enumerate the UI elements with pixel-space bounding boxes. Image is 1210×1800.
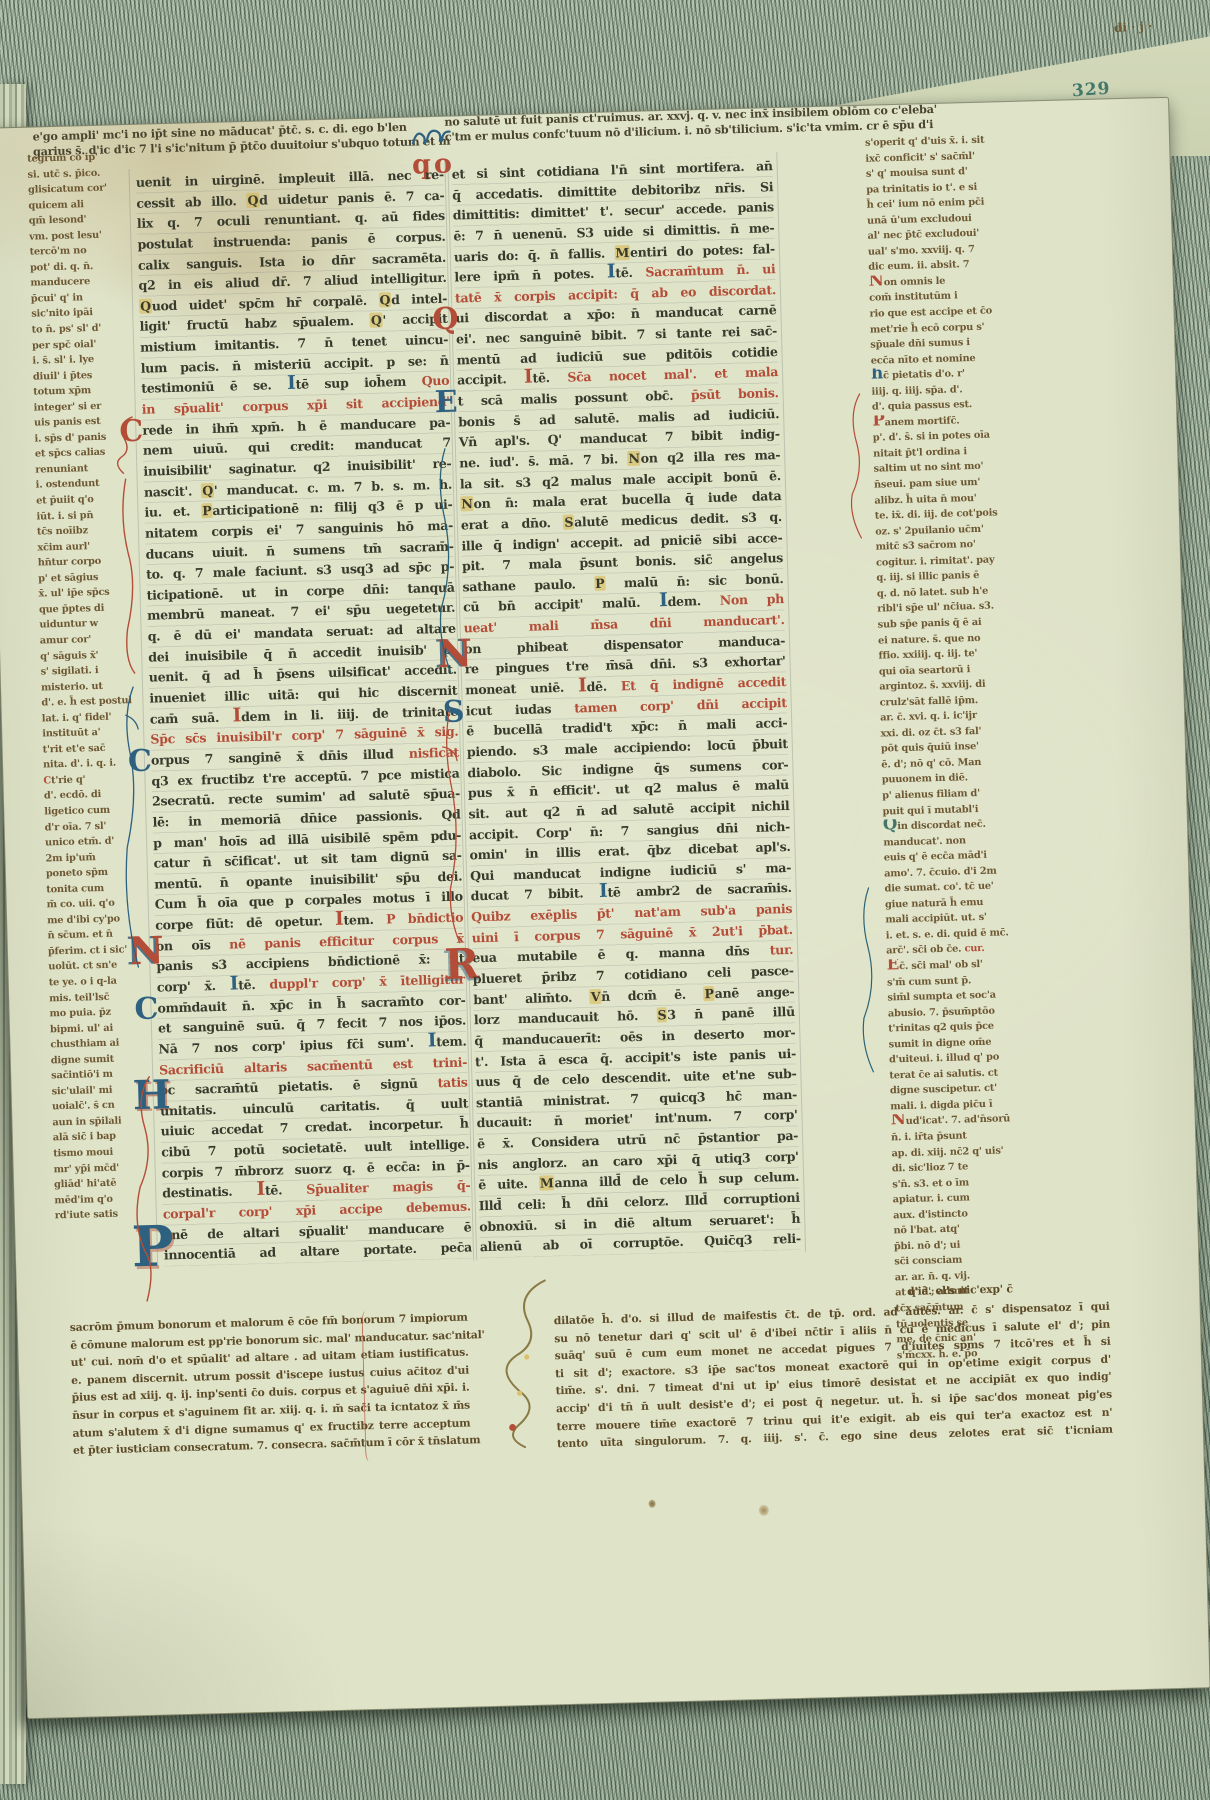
text-segment: n̄seui. pam siue um' — [874, 477, 980, 491]
text-segment: et p̄uiit q'o — [36, 494, 94, 507]
ink-stain — [649, 1500, 656, 1508]
text-segment: dic eum. ii. absit. 7 — [868, 259, 969, 273]
text-segment: digne sumit — [51, 1053, 115, 1066]
text-segment: pot' di. q. n̄. — [30, 261, 93, 274]
text-segment: x̄. ul' ip̄e sp̄cs — [38, 587, 109, 600]
text-segment: iu. et. — [144, 504, 201, 520]
text-segment: tē. — [238, 977, 270, 993]
text-segment: moneat uniē. — [465, 679, 578, 697]
text-segment: misterio. ut — [41, 680, 103, 693]
text-segment: uaris do: q̄. n̄ fallis. — [454, 245, 615, 264]
text-segment: uiduntur w — [39, 618, 98, 631]
text-segment: hn̄tur corpo — [38, 556, 102, 569]
text-segment: Sacram̄tum n̄. ui — [645, 261, 775, 279]
text-segment: p' et sāgius — [38, 572, 98, 585]
text-segment: te ye. o i q-la — [49, 976, 117, 989]
text-segment: apiatur. i. cum — [893, 1193, 970, 1206]
text-segment: uolūt. ct sn'e — [48, 960, 117, 973]
text-segment: sub sp̄e panis q̄ ē ai — [878, 617, 982, 631]
text-segment: mitc̄ s3 sac̄rom no' — [876, 539, 976, 553]
folio-number: 329 — [1071, 79, 1111, 102]
text-segment: d'. ecdō. di — [44, 789, 102, 801]
text-segment: poneto sp̄m — [46, 867, 108, 880]
text-segment: N — [627, 451, 641, 466]
text-segment: com̄ institutūm i — [869, 291, 958, 304]
text-segment: quicem ali — [28, 199, 84, 211]
text-segment: uod uidet' spc̄m hr̄ corpalē. — [152, 292, 379, 313]
text-segment: malū n̄: sic bonū. — [605, 571, 784, 591]
text-segment: rio que est accipe et c̄o — [869, 305, 992, 319]
text-segment: P — [201, 503, 213, 518]
text-segment: Q — [370, 313, 383, 328]
text-segment: P — [594, 576, 606, 591]
text-segment: tamen corp' dn̄i accipit — [574, 695, 787, 716]
text-segment: tem. — [343, 912, 386, 928]
filigree-red-icon — [844, 392, 872, 543]
right-gloss-column: s'operit q' d'uis x̄. i. sitixc̄ confici… — [865, 131, 1069, 1363]
text-segment: cam̄ suā. — [150, 709, 233, 726]
text-segment: mali. i. digda pic̄u ī — [890, 1099, 992, 1113]
text-segment: nita. d'. i. q. i. — [43, 758, 116, 771]
text-segment: que p̄ptes di — [39, 603, 104, 616]
text-segment: amo'. 7. c̄cuio. d'i 2m — [884, 865, 997, 879]
text-segment: aux. d'istincto — [893, 1208, 968, 1221]
text-segment: amur cor' — [40, 634, 92, 646]
text-segment: c̄ pietatis d'o. r' — [883, 368, 965, 381]
text-segment: aun in sp̄ilali — [52, 1115, 121, 1128]
text-segment: sic'ulail' mi — [51, 1085, 112, 1098]
text-segment: n̄ dcm̄ ē. — [601, 986, 704, 1004]
text-segment: nō l'bat. atq' — [893, 1224, 960, 1237]
text-segment: sic'nito ipāi — [31, 307, 93, 320]
text-segment: sc̄i consciam — [894, 1255, 962, 1268]
text-segment: t'rit et'e sac̄ — [43, 743, 106, 756]
text-segment: te. ix̄. di. iij. de cot'pois — [875, 508, 998, 522]
text-segment: alutē medicus dedit. s3 q. — [574, 509, 782, 529]
text-segment: p' alienus filiam d' — [882, 788, 980, 802]
text-segment: ē. d'; nō q' cō. Man — [881, 757, 981, 771]
text-segment: cogitur. i. rimitat'. pay — [876, 554, 995, 568]
text-segment: ' manducat. c. m. 7 b. s. m. h. — [214, 476, 452, 497]
text-segment: nitait p̄t'l ordina i — [873, 446, 967, 459]
text-segment: V — [590, 989, 602, 1004]
text-segment: Q — [246, 192, 259, 207]
text-segment: sathane paulo. — [462, 576, 594, 594]
text-segment: M — [614, 245, 630, 260]
text-segment: I — [599, 880, 608, 902]
text-segment: qm̄ lesond' — [29, 214, 87, 227]
text-segment: d'uiteui. i. illud q' po — [889, 1052, 999, 1066]
decorated-initial: C — [134, 994, 158, 1025]
text-segment: d'. e. h̄ est postul — [41, 695, 132, 708]
text-segment: Et q̄ indignē accedit — [621, 674, 787, 693]
text-segment: m̄ co. uii. q'o — [47, 898, 115, 911]
text-segment: me d'ibi cy'po — [47, 913, 120, 926]
text-segment: abusio. 7. p̄sum̄ptōo — [888, 1005, 995, 1019]
text-segment: digne suscipetur. ct' — [890, 1083, 997, 1097]
text-segment: nascit'. — [144, 483, 202, 499]
decorated-initial: S — [442, 697, 464, 728]
text-segment: accipit. — [457, 371, 524, 388]
text-segment: t scā malis possunt obc̄. — [457, 387, 691, 408]
text-segment: vm. post lesu' — [29, 229, 102, 242]
main-text-column-1: uenit in uirginē. impleuit illā. nec re-… — [136, 165, 473, 1267]
text-segment: ual' s'mo. xxviij. q. 7 — [868, 244, 975, 258]
decorated-initial: C — [119, 416, 143, 447]
text-segment: dem. — [667, 593, 719, 609]
text-segment: tē sup ioh̄em — [295, 374, 421, 392]
text-segment: ei nature. s̄. que no — [878, 632, 981, 646]
text-segment: alibz. h̄ uita n̄ mou' — [874, 493, 977, 507]
text-segment: ixc̄ conficit' s' sac̄m̄l' — [865, 150, 975, 164]
text-segment: ffio. xxiiij. q. iij. te' — [878, 648, 977, 662]
corner-mark: di · j · — [1114, 19, 1153, 35]
main-text-column-2: et si sint cotidiana l'n̄ sint mortifera… — [451, 156, 801, 1258]
text-segment: destinatis. — [162, 1183, 257, 1200]
text-segment: gliād' hi'atē — [54, 1178, 117, 1191]
text-segment: tē. — [532, 370, 567, 386]
text-segment: p̄cui' q' in — [31, 292, 83, 304]
text-segment: tē. — [615, 265, 645, 281]
text-segment: lat. i. q' fidel' — [42, 711, 112, 724]
text-segment: unico etm̄. d' — [45, 836, 114, 849]
vine-dragon-flourish-icon — [495, 1278, 559, 1450]
text-segment: dē. — [586, 678, 621, 694]
text-segment: di. sic'lioz 7 te — [892, 1161, 968, 1174]
text-segment: tem. — [436, 1033, 467, 1049]
text-segment: mo puia. p̄z — [49, 1007, 111, 1020]
text-segment: P — [703, 986, 715, 1001]
text-segment: oz. s' 2puilanio uc̄m' — [875, 523, 984, 537]
text-segment: pōt quis q̄uiū inse' — [881, 741, 979, 755]
text-segment: Q — [139, 298, 152, 313]
text-segment: s'operit q' d'uis x̄. i. sit — [865, 135, 985, 149]
text-segment: corpe fiūt: dē opetur. — [155, 913, 335, 933]
text-segment: et sp̄cs calias — [35, 447, 106, 460]
text-segment: ecc̄a nīto et nomine — [871, 353, 976, 367]
text-segment: I — [427, 1029, 436, 1051]
text-segment: q. iij. si illic panis ē — [876, 570, 979, 584]
text-segment: s' sigilati. i — [40, 665, 98, 678]
text-segment: xc̄im aurl' — [37, 541, 90, 553]
text-segment: diuil' i p̄tes — [33, 370, 92, 383]
text-segment: crulz'sāt fallē ip̄m. — [880, 695, 979, 709]
text-segment: ducat 7 bibit. — [470, 885, 599, 903]
text-segment: rd'iute satis — [55, 1209, 118, 1222]
text-segment: i. s̄. sl' i. lye — [32, 354, 94, 367]
text-segment: 3 n̄ panē illū — [667, 1004, 795, 1022]
text-segment: Sc̄a nocet mal'. et mala — [567, 365, 778, 386]
text-segment: uoialc̄'. s̄ cn — [52, 1100, 115, 1113]
text-segment: s' q' mouisa sunt d' — [866, 166, 968, 180]
text-segment: glisicatum cor' — [28, 183, 107, 196]
text-segment: lere ipm̄ n̄ potes. — [454, 266, 607, 285]
decorated-initial: E — [434, 388, 457, 419]
text-segment: Q — [378, 292, 391, 307]
text-segment: q' sāguis x̄' — [40, 649, 98, 662]
text-segment: anē ange- — [714, 984, 794, 1001]
text-segment: q. d. nō latet. sub h'e — [877, 586, 988, 600]
text-segment: lorz manducauit hō. — [474, 1008, 657, 1028]
text-segment: arc̄'. sc̄i ob c̄e. — [886, 944, 965, 957]
text-segment: met'rie h̄ ecō corpu s' — [870, 321, 985, 335]
text-segment: alā sic̄ i bap — [53, 1131, 116, 1144]
bottom-commentary-right: dilatōe h̄. d'o. si illud de maifestis c… — [554, 1298, 1113, 1453]
decorated-initial: C — [128, 747, 152, 778]
text-segment: cessit ab illo. — [136, 193, 246, 211]
text-segment: tercō'm no — [30, 245, 87, 257]
text-segment: tur. — [770, 942, 794, 958]
text-segment: corp' x̄. — [157, 978, 230, 995]
text-segment: bipmi. ul' ai — [50, 1022, 113, 1035]
text-segment: p̄bi. nō d'; ui — [894, 1239, 960, 1252]
text-segment: p̄ferim. ct i sic' — [48, 944, 127, 957]
text-segment: icut iudas — [466, 700, 575, 718]
text-segment: i. ostendunt — [36, 478, 100, 491]
text-segment: ligit' fructū habz sp̄ualem. — [139, 313, 370, 334]
text-segment: Non ph — [720, 591, 785, 608]
text-segment: erat a dn̄o. — [461, 515, 564, 533]
text-segment: I — [659, 590, 668, 612]
text-segment: ap. di. xiij. nc̄2 q' uis' — [891, 1145, 1003, 1159]
text-segment: c̄. sc̄i mal' ob sl' — [899, 959, 983, 972]
text-segment: s'm̄ cum sunt p̄. — [887, 975, 971, 988]
text-segment: saltim ut no sint mo' — [873, 461, 983, 475]
text-segment: n̄ sc̄um. et n̄ — [47, 929, 112, 942]
text-segment: per spc̄ oial' — [32, 339, 96, 352]
text-segment: I — [256, 1178, 265, 1200]
text-segment: entiri do potes: fal- — [630, 241, 775, 260]
text-segment: xxi. di. oz c̄t. s3 fal' — [880, 726, 981, 740]
text-segment: puuonem in diē. — [882, 773, 968, 786]
text-segment: Q — [201, 483, 214, 498]
text-segment: sac̄intiō'i m — [51, 1069, 113, 1082]
text-segment: instituūt a' — [42, 727, 101, 740]
text-segment: al' nec p̄tc̄ excludoui' — [867, 228, 979, 242]
text-segment: puit qui ī mutabl'i — [882, 804, 978, 818]
text-segment: on oīs — [156, 936, 230, 953]
bottom-commentary-left: sacrōm p̄mum bonorum et malorum ē cōe fm… — [70, 1309, 472, 1460]
text-segment: anna illd̄ de celo h̄ sup celum. — [554, 1169, 799, 1190]
text-segment: t'rie q' — [51, 774, 86, 786]
text-segment: duppl'r corp' x̄ ītelligitur — [269, 971, 465, 991]
text-segment: ar. c̄. xvi. q. i. ic'ijr — [880, 710, 977, 724]
text-segment: testimoniū ē se. — [141, 377, 287, 396]
text-segment: sim̄l sumpta et soc'a — [887, 990, 996, 1004]
text-segment: ligetico cum — [44, 805, 110, 818]
text-segment: ribl'i sp̄e ul' nc̄iua. s3. — [877, 601, 994, 615]
text-segment: mr' yp̄i mc̄d' — [54, 1162, 120, 1175]
text-segment: to n̄. ps' sl' d' — [32, 323, 102, 336]
decorated-initial: Q — [432, 305, 459, 336]
text-segment: tc̄s noīibz — [37, 525, 88, 537]
text-segment: p̄sūt bonis. — [691, 385, 779, 402]
text-segment: manducere — [30, 276, 90, 289]
text-segment: h̄ cei' ium nō enim pc̄i — [867, 197, 985, 211]
text-segment: on q2 illa res ma- — [640, 447, 780, 466]
text-segment: ē uite. — [478, 1176, 539, 1193]
text-segment: dem in li. iiij. de trinitate — [241, 703, 458, 724]
text-segment: 2m ip'um̄ — [45, 852, 95, 864]
text-segment: M — [539, 1176, 555, 1191]
text-segment: tismo moui — [53, 1147, 113, 1160]
text-segment: in discordat nec̄. — [897, 819, 986, 832]
text-segment: nisficat — [409, 745, 459, 761]
text-segment: i. et. s. e. di. quid ē mc̄. — [886, 927, 1009, 941]
text-segment: cū bn̄ accipit' malū. — [463, 595, 659, 615]
text-segment: N — [460, 496, 474, 511]
text-segment: ne. iud'. s̄. mā. 7 bi. — [459, 451, 628, 470]
text-segment: iūt. i. si pn̄ — [36, 510, 93, 522]
text-segment: argintoz. s̄. xxviij. di — [879, 679, 985, 693]
text-segment: sp̄uale dn̄i sumus i — [870, 337, 970, 351]
text-segment: iiij. q. iiij. sp̄a. d'. — [871, 384, 962, 397]
text-segment: terat c̄e ai salutis. ct — [889, 1067, 998, 1081]
text-segment: d uidetur panis ē. 7 ca- — [259, 187, 445, 207]
text-segment: pa trinitatis io t'. e si — [866, 181, 977, 195]
text-segment: n̄. i. ir̄ta p̄sunt — [891, 1130, 967, 1143]
text-segment: uis panis est — [34, 416, 101, 429]
text-segment: on omnis le — [884, 276, 946, 289]
text-segment: tonita cum — [46, 883, 104, 896]
text-segment: euis q' ē ecc̄a mād'i — [884, 850, 987, 864]
text-segment: tegrum co ip' — [27, 152, 98, 165]
text-segment: S — [563, 514, 574, 529]
text-segment: ud'icat'. 7. ad'n̄sorū — [906, 1114, 1011, 1128]
wax-stain — [759, 1505, 769, 1516]
text-segment: bant' alim̄to. — [473, 989, 590, 1007]
text-segment: mali accipiūt. ut. s' — [885, 912, 987, 926]
text-segment: mēd'im q'o — [54, 1193, 113, 1206]
text-segment: d'. quia passus est. — [872, 399, 972, 413]
text-segment: nē panis efficitur corpus x̄ — [229, 930, 464, 951]
text-segment: p'. d'. s̄. si in potes oīa — [873, 430, 990, 444]
text-segment: qui oīa seartorū i — [879, 664, 971, 677]
text-segment: si. utc̄ s. p̄ico. — [27, 167, 100, 180]
text-segment: giue naturā h̄ emu — [885, 897, 983, 911]
text-segment: t'rinitas q2 quis p̄ce — [888, 1021, 994, 1035]
text-segment: orpus 7 sanginē x̄ dn̄is illud — [151, 746, 409, 768]
text-segment: i. sp̄s d' panis — [34, 432, 106, 445]
text-segment: integer' si er — [34, 401, 102, 414]
text-segment: tē ambr2 de sacram̄is. — [607, 880, 791, 900]
text-segment: s'n̄. s3. et o īm — [892, 1177, 969, 1190]
text-segment: unā ū'um excludoui — [867, 213, 972, 227]
text-segment: totum xp̄m — [33, 385, 91, 398]
text-segment: anem mortifc̄. — [885, 415, 960, 428]
text-segment: die sumat. co'. tc̄ ue' — [884, 881, 993, 895]
text-segment: P bn̄dictio — [386, 910, 463, 927]
quire-paraph-icon — [408, 120, 457, 151]
text-segment: I — [607, 261, 616, 283]
text-segment: mis. teil'lsc̄ — [49, 991, 110, 1004]
manuscript-photo: { "page_number": "329", "corner_mark": "… — [0, 0, 1210, 1800]
filigree-teal-icon — [855, 886, 884, 1077]
text-segment: tē. — [265, 1182, 307, 1198]
text-segment: Sp̄ualiter magis q̄- — [306, 1178, 470, 1197]
text-segment: sumit in digne om̄e — [889, 1036, 992, 1050]
manuscript-page: e'go ampli' mc'i no ip̄t sine no māducat… — [0, 97, 1210, 1719]
text-segment: tatis — [437, 1075, 467, 1091]
text-segment: chusthiam ai — [50, 1038, 119, 1051]
text-segment: renuniant — [35, 463, 88, 475]
text-segment: articipationē n: filij q3 ē p ui- — [212, 497, 452, 518]
text-segment: manducat'. non — [883, 835, 966, 848]
text-segment: cur. — [964, 943, 984, 955]
text-segment: d'r oīa. 7 sl' — [45, 820, 107, 833]
